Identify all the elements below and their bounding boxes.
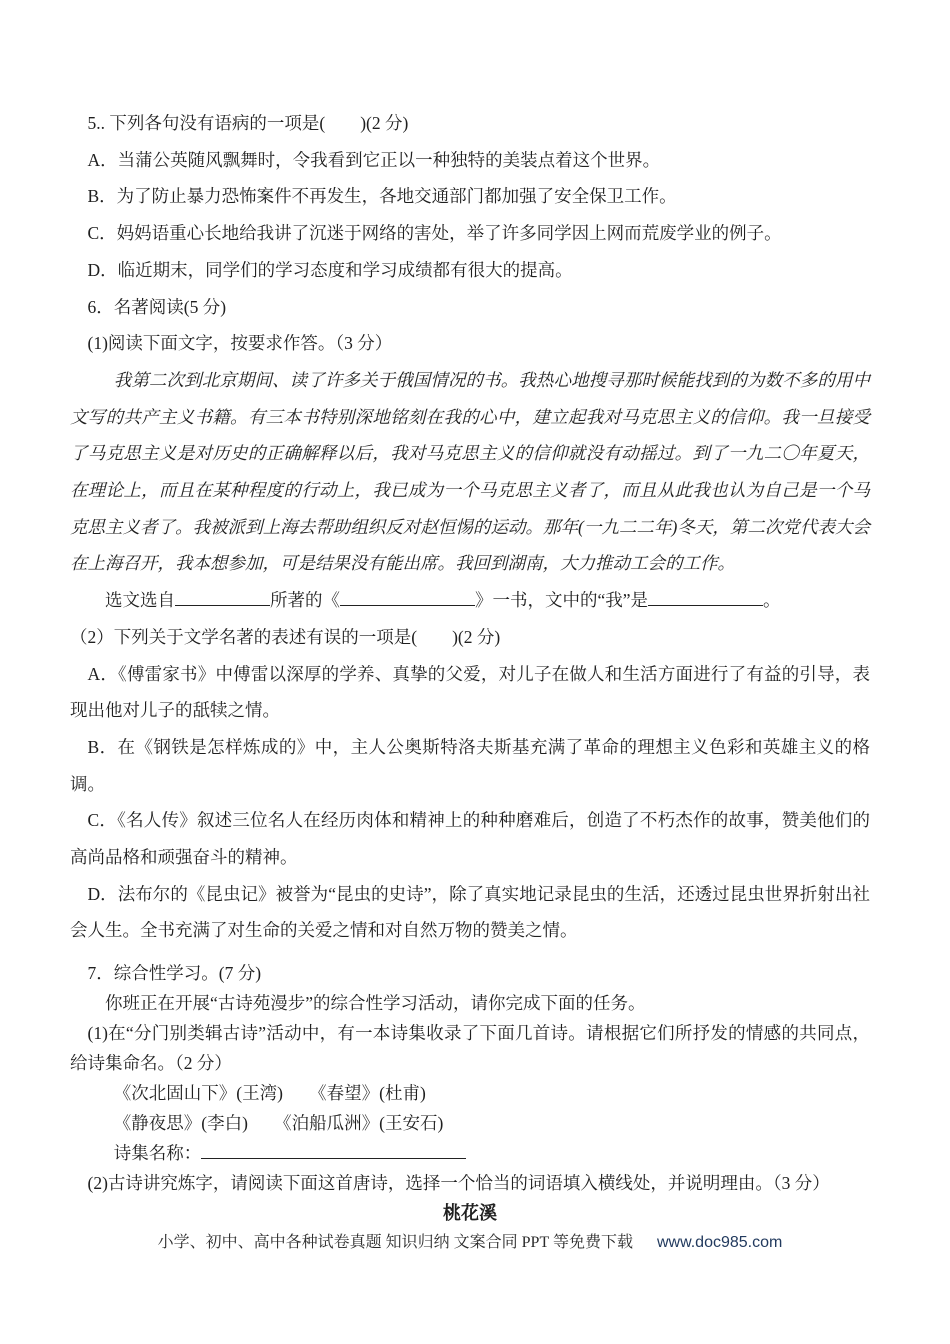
q7-poems-line-1: 《次北固山下》(王湾) 《春望》(杜甫) bbox=[70, 1078, 870, 1108]
fill-seg-4: 。 bbox=[763, 590, 781, 610]
q6-part2-label: （2）下列关于文学名著的表述有误的一项是( )(2 分) bbox=[70, 619, 870, 656]
q6-reading-passage: 我第二次到北京期间、读了许多关于俄国情况的书。我热心地搜寻那时候能找到的为数不多… bbox=[70, 362, 870, 582]
section-questions-5-6: 5.. 下列各句没有语病的一项是( )(2 分) A．当蒲公英随风飘舞时，令我看… bbox=[70, 105, 870, 949]
q7-task1: (1)在“分门别类辑古诗”活动中，有一本诗集收录了下面几首诗。请根据它们所抒发的… bbox=[70, 1018, 870, 1078]
answer-blank-person bbox=[648, 588, 763, 607]
collection-name-label: 诗集名称： bbox=[114, 1143, 202, 1163]
q7-intro: 你班正在开展“古诗苑漫步”的综合性学习活动，请你完成下面的任务。 bbox=[70, 988, 870, 1018]
answer-blank-collection-name bbox=[201, 1141, 466, 1160]
q6-option-a: A．《傅雷家书》中傅雷以深厚的学养、真挚的父爱，对儿子在做人和生活方面进行了有益… bbox=[70, 656, 870, 729]
q6-option-c: C．《名人传》叙述三位名人在经历肉体和精神上的种种磨难后，创造了不朽杰作的故事，… bbox=[70, 802, 870, 875]
answer-blank-book bbox=[340, 588, 475, 607]
poem-title: 桃花溪 bbox=[70, 1198, 870, 1228]
question-5-title: 5.. 下列各句没有语病的一项是( )(2 分) bbox=[70, 105, 870, 142]
q6-fill-in-line: 选文选自所著的《》一书，文中的“我”是。 bbox=[70, 582, 870, 619]
q5-option-c: C．妈妈语重心长地给我讲了沉迷于网络的害处，举了许多同学因上网而荒废学业的例子。 bbox=[70, 215, 870, 252]
question-7-title: 7．综合性学习。(7 分) bbox=[70, 958, 870, 988]
q7-collection-name-line: 诗集名称： bbox=[70, 1138, 870, 1168]
page-content: 5.. 下列各句没有语病的一项是( )(2 分) A．当蒲公英随风飘舞时，令我看… bbox=[70, 105, 870, 1258]
q5-option-a: A．当蒲公英随风飘舞时，令我看到它正以一种独特的美装点着这个世界。 bbox=[70, 142, 870, 179]
q7-poems-line-2: 《静夜思》(李白) 《泊船瓜洲》(王安石) bbox=[70, 1108, 870, 1138]
question-6-title: 6．名著阅读(5 分) bbox=[70, 289, 870, 326]
exam-paper-page: 5.. 下列各句没有语病的一项是( )(2 分) A．当蒲公英随风飘舞时，令我看… bbox=[0, 0, 950, 1344]
fill-seg-3: 》一书，文中的“我”是 bbox=[475, 590, 648, 610]
q5-option-d: D．临近期末，同学们的学习态度和学习成绩都有很大的提高。 bbox=[70, 252, 870, 289]
q7-task2: (2)古诗讲究炼字，请阅读下面这首唐诗，选择一个恰当的词语填入横线处，并说明理由… bbox=[70, 1168, 870, 1198]
page-footer: 小学、初中、高中各种试卷真题 知识归纳 文案合同 PPT 等免费下载www.do… bbox=[70, 1228, 870, 1258]
footer-promo-text: 小学、初中、高中各种试卷真题 知识归纳 文案合同 PPT 等免费下载 bbox=[158, 1234, 633, 1251]
q6-part1-label: (1)阅读下面文字，按要求作答。（3 分） bbox=[70, 325, 870, 362]
q6-option-b: B．在《钢铁是怎样炼成的》中，主人公奥斯特洛夫斯基充满了革命的理想主义色彩和英雄… bbox=[70, 729, 870, 802]
fill-seg-2: 所著的《 bbox=[270, 590, 340, 610]
fill-seg-1: 选文选自 bbox=[105, 590, 175, 610]
answer-blank-author bbox=[175, 588, 270, 607]
q5-option-b: B．为了防止暴力恐怖案件不再发生，各地交通部门都加强了安全保卫工作。 bbox=[70, 178, 870, 215]
footer-site-link[interactable]: www.doc985.com bbox=[657, 1234, 782, 1251]
q6-option-d: D．法布尔的《昆虫记》被誉为“昆虫的史诗”，除了真实地记录昆虫的生活，还透过昆虫… bbox=[70, 876, 870, 949]
section-question-7: 7．综合性学习。(7 分) 你班正在开展“古诗苑漫步”的综合性学习活动，请你完成… bbox=[70, 949, 870, 1258]
